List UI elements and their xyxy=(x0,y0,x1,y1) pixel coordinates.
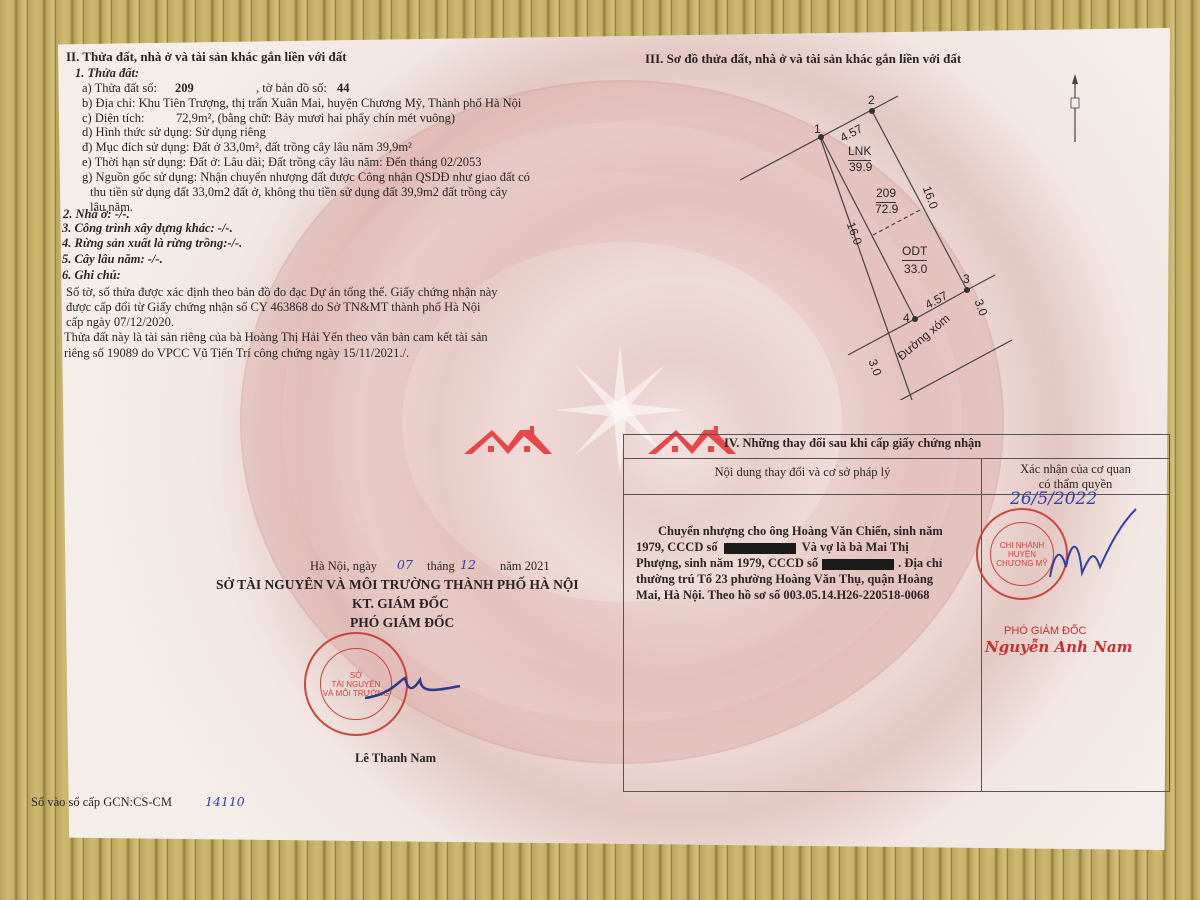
notes-heading: 6. Ghi chú: xyxy=(62,268,121,284)
signing-date-prefix: Hà Nội, ngày xyxy=(310,559,377,575)
other-works-item: 3. Công trình xây dựng khác: -/-. xyxy=(62,221,233,237)
usage-purpose: đ) Mục đích sử dụng: Đất ở 33,0m², đất t… xyxy=(82,140,412,156)
parcel-number: 209 xyxy=(175,81,194,97)
signer-name: Lê Thanh Nam xyxy=(355,751,436,767)
stamp-line: CHI NHÁNH xyxy=(1000,541,1044,550)
notes-line5: riêng số 19089 do VPCC Vũ Tiến Trí công … xyxy=(64,346,409,362)
lnk-area: 39.9 xyxy=(849,160,872,176)
redacted-id xyxy=(724,543,796,554)
signing-day: 07 xyxy=(397,557,413,573)
registry-label: Số vào sổ cấp GCN:CS-CM xyxy=(31,795,172,811)
confirm-signer-name: Nguyễn Anh Nam xyxy=(985,640,1132,656)
parcel-area-diagram: 72.9 xyxy=(875,202,898,218)
signature-mark xyxy=(1040,505,1140,585)
confirm-header-line1: Xác nhận của cơ quan xyxy=(983,462,1168,477)
notes-line3: cấp ngày 07/12/2020. xyxy=(66,315,174,331)
redacted-id xyxy=(822,559,894,570)
usage-form: d) Hình thức sử dụng: Sử dụng riêng xyxy=(82,125,266,141)
issuing-agency: SỞ TÀI NGUYÊN VÀ MÔI TRƯỜNG THÀNH PHỐ HÀ… xyxy=(216,577,579,593)
section2-title: II. Thửa đất, nhà ở và tài sản khác gắn … xyxy=(66,49,347,65)
parcel-no-diagram: 209 xyxy=(876,186,896,203)
point-4-label: 4 xyxy=(903,311,910,327)
notes-line2: được cấp đổi từ Giấy chứng nhận số CY 46… xyxy=(66,300,481,316)
address: b) Địa chỉ: Khu Tiên Trượng, thị trấn Xu… xyxy=(82,96,521,112)
map-sheet-number: 44 xyxy=(337,81,350,97)
parcel-diagram xyxy=(630,40,1100,400)
content-header: Nội dung thay đổi và cơ sở pháp lý xyxy=(624,459,982,495)
section4-title: IV. Những thay đổi sau khi cấp giấy chứn… xyxy=(724,436,981,450)
usage-term: e) Thời hạn sử dụng: Đất ở: Lâu dài; Đất… xyxy=(82,155,482,171)
content-line: thường trú Tổ 23 phường Hoàng Văn Thụ, q… xyxy=(636,571,975,587)
content-line: Và vợ là bà Mai Thị xyxy=(802,540,909,554)
notes-line4: Thửa đất này là tài sản riêng của bà Hoà… xyxy=(64,330,488,346)
usage-origin-line2: thu tiền sử dụng đất 33,0m2 đất ở, không… xyxy=(90,185,507,201)
perennial-item: 5. Cây lâu năm: -/-. xyxy=(62,252,163,268)
stamp-line: HUYỆN xyxy=(1008,550,1036,559)
point-3-label: 3 xyxy=(963,272,970,288)
house-logo-icon xyxy=(464,424,552,458)
signer-role-2: PHÓ GIÁM ĐỐC xyxy=(350,615,454,631)
signing-month: 12 xyxy=(460,557,476,573)
changes-table: IV. Những thay đổi sau khi cấp giấy chứn… xyxy=(623,434,1170,792)
lnk-code: LNK xyxy=(848,144,871,161)
registry-number: 14110 xyxy=(205,794,245,810)
content-line: Chuyển nhượng cho ông Hoàng Văn Chiến, s… xyxy=(636,523,975,539)
change-content: Chuyển nhượng cho ông Hoàng Văn Chiến, s… xyxy=(624,495,982,792)
signer-role-1: KT. GIÁM ĐỐC xyxy=(352,596,449,612)
odt-code: ODT xyxy=(902,244,927,261)
content-line: . Địa chỉ xyxy=(898,556,942,570)
notes-line1: Số tờ, số thửa được xác định theo bản đồ… xyxy=(66,285,498,301)
signing-year: năm 2021 xyxy=(500,559,550,575)
map-sheet-label: , tờ bản đồ số: xyxy=(256,81,327,97)
point-2-label: 2 xyxy=(868,93,875,109)
content-line: 1979, CCCD số xyxy=(636,540,718,554)
odt-area: 33.0 xyxy=(904,262,927,278)
signature-mark xyxy=(360,670,470,710)
land-heading: 1. Thửa đất: xyxy=(75,66,139,82)
signing-month-label: tháng xyxy=(427,559,455,575)
content-line: Phượng, sinh năm 1979, CCCD số xyxy=(636,556,818,570)
point-1-label: 1 xyxy=(814,122,821,138)
content-line: Mai, Hà Nội. Theo hồ sơ số 003.05.14.H26… xyxy=(636,587,975,603)
forest-item: 4. Rừng sản xuất là rừng trồng:-/-. xyxy=(62,236,242,252)
usage-origin-line1: g) Nguồn gốc sử dụng: Nhận chuyển nhượng… xyxy=(82,170,530,186)
section4-title-cell: IV. Những thay đổi sau khi cấp giấy chứn… xyxy=(624,435,1170,459)
parcel-number-label: a) Thửa đất số: xyxy=(82,81,157,97)
